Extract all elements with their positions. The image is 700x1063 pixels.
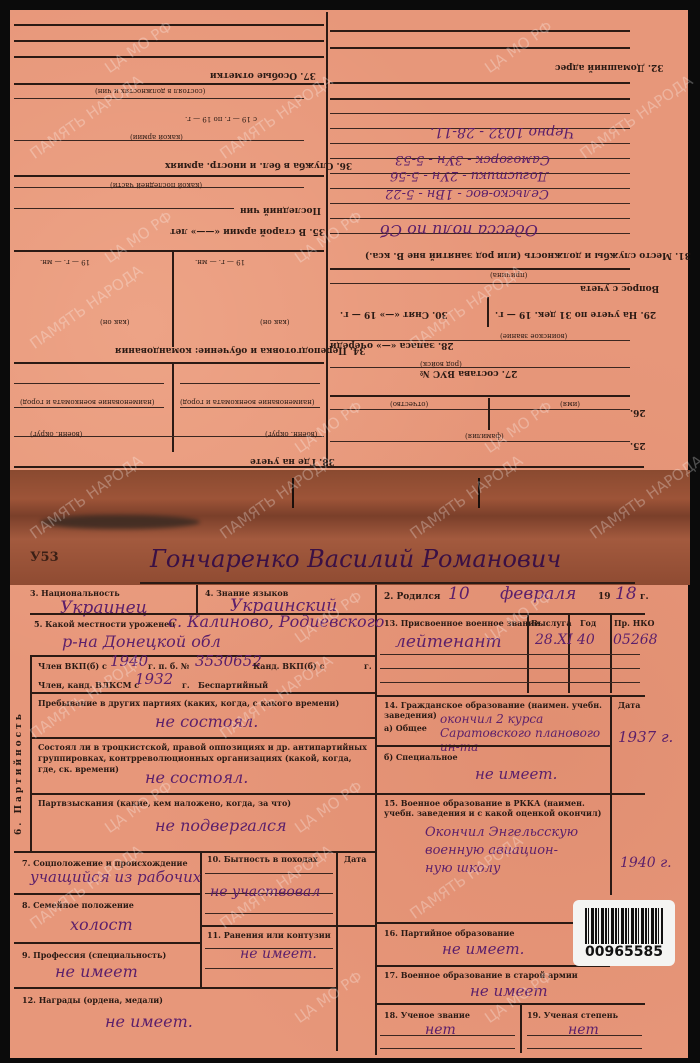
service-entry: Логистики - 2Ун - 5-56 [390, 168, 548, 183]
divider [172, 362, 174, 452]
rule [14, 40, 324, 42]
field-10-date-label: Дата [344, 854, 366, 864]
field-14b-value: не имеет. [475, 765, 557, 783]
field-19-label: 19. Ученая степень [527, 1010, 618, 1020]
divider [527, 613, 529, 693]
field-35-label: 35. В старой армии «——» лет [170, 226, 325, 236]
full-name: Гончаренко Василий Романович [150, 545, 561, 573]
rule [330, 30, 630, 32]
field-31-label: 31. Место службы и должность (или род за… [365, 250, 691, 260]
rule [330, 113, 630, 114]
nonparty-label: Беспартийный [198, 680, 268, 690]
registry-stamp: У53 [30, 550, 59, 565]
field-34-label: 34. Переподготовка и обучение: командова… [115, 345, 366, 355]
born-label: 2. Родился [384, 592, 440, 602]
born-suffix: г. [640, 592, 649, 602]
rule [180, 383, 320, 384]
field-12-value: не имеет. [105, 1012, 193, 1031]
rule [14, 893, 200, 895]
field-29-label: 29. На учете по 31 дек. 19 — г. [495, 309, 656, 319]
field-14-date: 1937 г. [618, 728, 673, 746]
rule [14, 175, 324, 177]
vlksm-suffix: г. [182, 680, 190, 690]
vkp-candidate-suffix: г. [364, 661, 372, 671]
rule [30, 793, 375, 795]
field-30-label: Вопрос с учета [580, 283, 659, 293]
field-36-label: 36. Служба в бел. и иностр. армиях [165, 160, 352, 170]
field-27-sub: (род войск) [420, 360, 462, 368]
field-12-label: 12. Награды (ордена, медали) [22, 995, 163, 1005]
column-order: Пр. НКО [614, 618, 655, 628]
nationality-label: 3. Национальность [30, 588, 120, 598]
field-26-sub1: (имя) [560, 400, 580, 408]
rule [380, 682, 640, 683]
field-14b-label: б) Специальное [384, 752, 458, 762]
penalties-value: не подвергался [155, 816, 287, 835]
field-37-period: с 19 — г. по 19 — г. [185, 115, 257, 123]
field-33-sub2: (военн. округ) [30, 430, 82, 438]
service-entry: Сельско-вос - 1Вн - 5-22 [385, 186, 549, 201]
vkp-card-number: 3530652 [195, 652, 262, 670]
rule [380, 1048, 515, 1049]
rule [527, 1035, 642, 1036]
service-entry: Самогорск - 3Ун - 5-53 [395, 152, 550, 167]
rule [330, 82, 630, 84]
rule [205, 968, 333, 969]
rule [14, 56, 324, 58]
barcode-icon [585, 908, 663, 944]
rule [330, 203, 630, 204]
field-14a-value: окончил 2 курса Саратовского планового и… [440, 712, 605, 754]
rule [527, 1048, 642, 1049]
rule [14, 987, 336, 989]
field-14-date-label: Дата [618, 700, 640, 710]
field-34-sub: (как он) [100, 318, 130, 326]
field-8-value: холост [70, 915, 133, 934]
field-36-sub: (какой последней части) [110, 181, 202, 189]
rule [330, 409, 630, 410]
rule [330, 47, 630, 49]
divider [375, 585, 377, 1055]
field-16-label: 16. Партийное образование [384, 928, 514, 938]
origin-line1: с. Калиново, Родиевского [168, 612, 384, 631]
home-address: Черно 1032 - 28-11. [430, 124, 574, 140]
rule [380, 668, 640, 669]
archive-barcode: 00965585 [573, 900, 675, 966]
field-14a-label: а) Общее [384, 723, 427, 733]
field-34-date-row: 19 — г. — мн. [195, 258, 245, 266]
vlksm-year: 1932 [135, 670, 173, 688]
field-28-sub: (воинское звание) [500, 332, 567, 340]
rule [14, 250, 324, 252]
rule [14, 383, 164, 384]
rule [380, 654, 640, 655]
rule [330, 218, 630, 219]
rule [330, 98, 630, 100]
divider [610, 695, 612, 895]
field-27-label: 27. состава ВУС № [420, 368, 517, 378]
born-year-prefix: 19 [598, 592, 611, 602]
field-33-sub1: (наименование военкомата и город) [180, 398, 314, 406]
field-34-sub: (как он) [260, 318, 290, 326]
divider [610, 613, 612, 693]
column-year: Год [580, 618, 596, 628]
divider [488, 398, 490, 430]
rule [375, 965, 610, 967]
field-28-label: 28. запаса «—» очереди [330, 340, 454, 350]
rule [14, 362, 324, 364]
rule [14, 98, 304, 99]
field-15-date: 1940 г. [620, 855, 672, 871]
rule [14, 208, 234, 209]
field-36-last-rank: Последний чин [240, 205, 321, 215]
rule [14, 83, 324, 85]
field-25-label: 25. [630, 440, 646, 450]
field-11-value: не имеет. [240, 946, 317, 962]
field-37-sub2: (какой армии) [130, 133, 183, 141]
vkp-label: Член ВКП(б) с [38, 661, 107, 671]
field-16-value: не имеет. [442, 940, 524, 958]
year-value: 40 [577, 632, 595, 648]
divider [30, 656, 32, 851]
party-section-label: 6. Партийность [14, 711, 24, 835]
field-15-label: 15. Военное образование в РККА (наимен. … [384, 798, 606, 818]
origin-label: 5. Какой местности уроженец [34, 619, 175, 629]
rule [14, 942, 200, 944]
divider [172, 252, 174, 347]
rule [380, 1035, 515, 1036]
rule [330, 268, 630, 270]
field-26-label: 26. [630, 407, 646, 417]
rule [205, 873, 333, 874]
field-37-label: 37. Особые отметки [210, 70, 316, 80]
rule [375, 745, 610, 747]
field-9-value: не имеет [55, 962, 138, 981]
field-32-label: 32. Домашний адрес [555, 62, 664, 72]
divider [196, 585, 198, 613]
born-year: 18 [615, 584, 637, 604]
divider [336, 851, 338, 1051]
field-18-label: 18. Ученое звание [384, 1010, 470, 1020]
rule [330, 395, 630, 397]
rule [375, 793, 645, 795]
field-26-sub2: (отчество) [390, 400, 428, 408]
rule [375, 695, 645, 697]
field-30-removed: 30. Снят «—» 19 — г. [340, 309, 448, 319]
service-value: 28.XI [535, 632, 573, 648]
field-15-value-line1: Окончил Энгельсскую [425, 825, 578, 840]
born-day: 10 [448, 584, 470, 604]
field-34-date-row: 19 — г. — мн. [40, 258, 90, 266]
field-9-label: 9. Профессия (специальность) [22, 950, 166, 960]
barcode-number: 00965585 [573, 944, 675, 960]
divider [520, 1003, 522, 1053]
rule [30, 737, 375, 739]
field-33-sub1: (наименование военкомата и город) [20, 398, 154, 406]
origin-line2: р-на Донецкой обл [62, 632, 221, 651]
service-entry: Одесса поли по Сб [380, 221, 538, 240]
rule [180, 407, 320, 408]
order-value: 05268 [613, 632, 658, 648]
rule [14, 407, 164, 408]
column-service: Выслуга [531, 618, 572, 628]
nationality-value: Украинец [60, 598, 148, 618]
